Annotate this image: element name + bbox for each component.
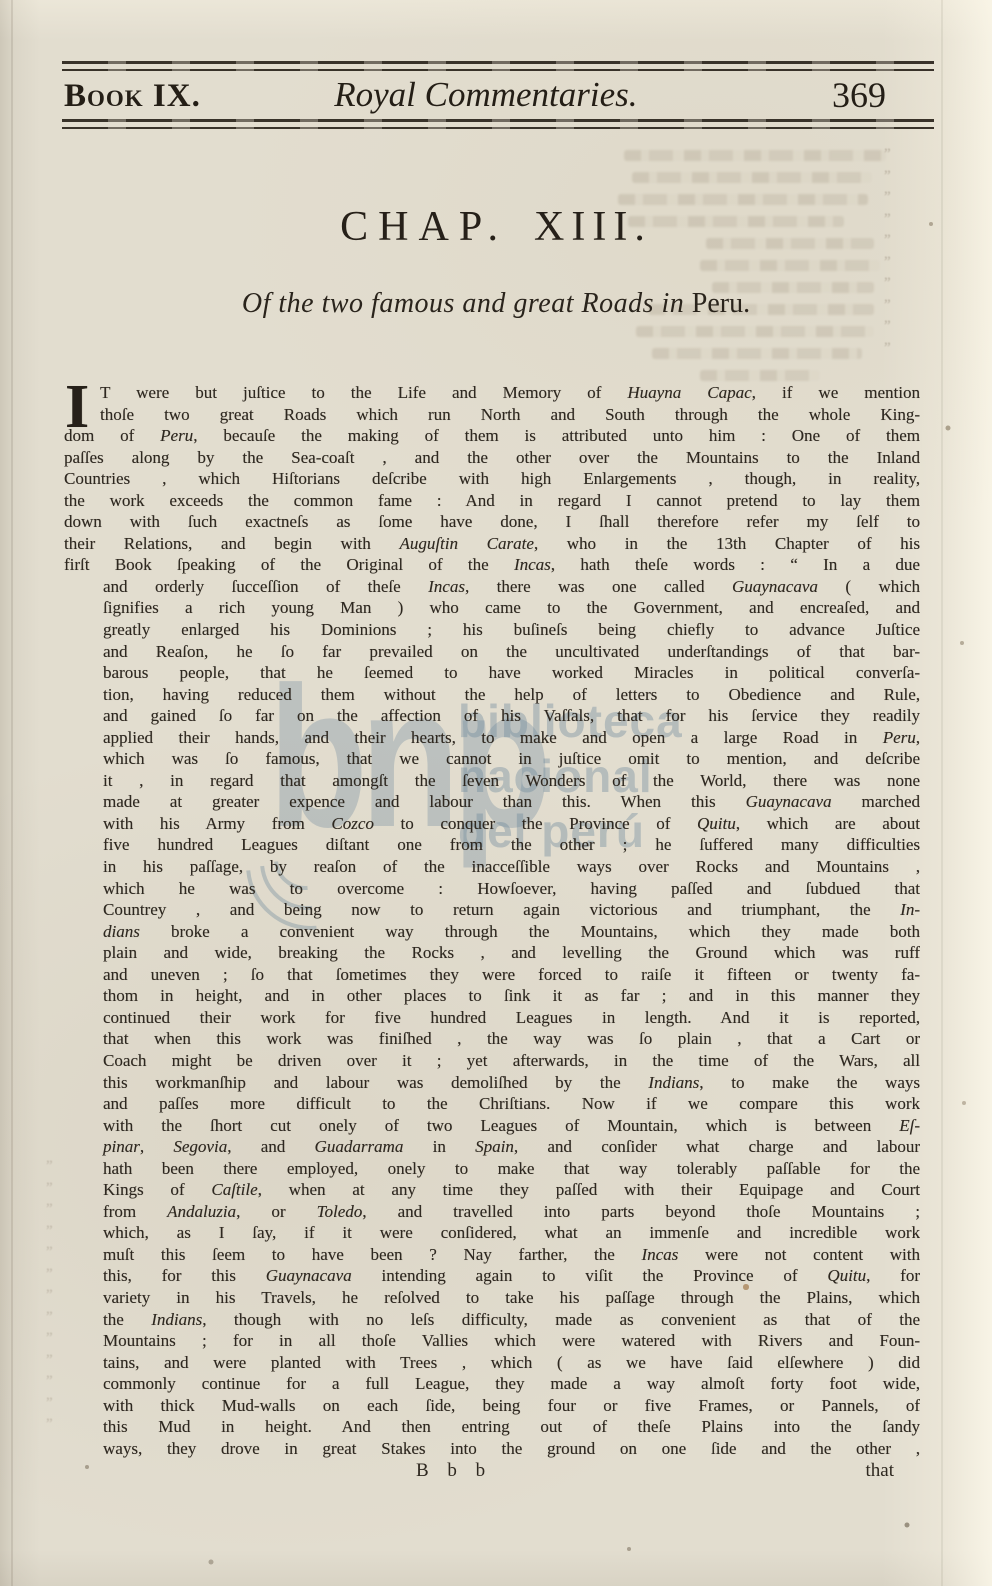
text-line: “tains, and were planted with Trees , wh… (64, 1352, 920, 1374)
text-line: “commonly continue for a full League, th… (64, 1373, 920, 1395)
text-line: T were but juſtice to the Life and Memor… (64, 382, 920, 404)
text-line: “this, for this Guaynacava intending aga… (64, 1265, 920, 1287)
chapter-heading: CHAP.XIII. (0, 203, 992, 251)
chapter-number: XIII. (534, 204, 652, 250)
running-header: Book IX. Royal Commentaries. 369 (62, 74, 934, 116)
page-edge-right (941, 0, 943, 1586)
page-number: 369 (832, 74, 886, 116)
text-line: “barous people, that he ſeemed to have w… (64, 662, 920, 684)
text-line: “five hundred Leagues diſtant one from t… (64, 834, 920, 856)
text-line: “and gained ſo far on the affection of h… (64, 705, 920, 727)
text-line: “from Andaluzia, or Toledo, and travelle… (64, 1201, 920, 1223)
text-line: their Relations, and begin with Auguſtin… (64, 533, 920, 555)
book-label: Book IX. (64, 78, 201, 115)
text-line: “Coach might be driven over it ; yet aft… (64, 1050, 920, 1072)
header-rule-bottom-1 (62, 119, 934, 122)
text-line: “which, as I ſay, if it were conſidered,… (64, 1222, 920, 1244)
catchword: that (866, 1460, 895, 1482)
text-line: “with the ſhort cut onely of two Leagues… (64, 1115, 920, 1137)
text-line: “ſignifies a rich young Man ) who came t… (64, 597, 920, 619)
text-line: “applied their hands, and their hearts, … (64, 727, 920, 749)
text-line: “ways, they drove in great Stakes into t… (64, 1438, 920, 1460)
text-line: “Countrey , and being now to return agai… (64, 899, 920, 921)
text-line: “and orderly ſucceſſion of theſe Incas, … (64, 576, 920, 598)
text-line: “pinar, Segovia, and Guadarrama in Spain… (64, 1136, 920, 1158)
book-page-scan: Book IX. Royal Commentaries. 369 ”””””””… (0, 0, 992, 1586)
text-line: “the Indians, though with no leſs diffic… (64, 1309, 920, 1331)
header-rule-top-1 (62, 61, 934, 64)
text-line: “made at greater expence and labour than… (64, 791, 920, 813)
text-line: “which he was to overcome : Howſoever, h… (64, 878, 920, 900)
signature-mark: B b b (416, 1460, 492, 1482)
text-line: firſt Book ſpeaking of the Original of t… (64, 554, 920, 576)
text-line: the work exceeds the common fame : And i… (64, 490, 920, 512)
chapter-word: CHAP. (340, 204, 508, 250)
running-title: Royal Commentaries. (334, 75, 637, 115)
ink-specks (0, 0, 2, 2)
text-line: “continued their work for five hundred L… (64, 1007, 920, 1029)
header-rule-top-2 (62, 69, 934, 71)
text-lines: T were but juſtice to the Life and Memor… (64, 382, 920, 1459)
text-line: “and uneven ; ſo that ſometimes they wer… (64, 964, 920, 986)
text-line: “in his paſſage, by reaſon of the inacce… (64, 856, 920, 878)
text-line: “plain and wide, breaking the Rocks , an… (64, 942, 920, 964)
subtitle-roman: Peru. (692, 288, 750, 319)
subtitle-italic: Of the two famous and great Roads in (242, 288, 692, 319)
text-line: “this workmanſhip and labour was demoliſ… (64, 1072, 920, 1094)
header-rule-bottom-2 (62, 127, 934, 129)
text-line: “that when this work was finiſhed , the … (64, 1028, 920, 1050)
footer-line: B b b that (64, 1460, 920, 1486)
bleed-quote-column-right: ”””””””””” (884, 146, 891, 361)
text-line: thoſe two great Roads which run North an… (64, 404, 920, 426)
text-line: “Mountains ; for in all thoſe Vallies wh… (64, 1330, 920, 1352)
text-line: dom of Peru, becauſe the making of them … (64, 425, 920, 447)
chapter-subtitle: Of the two famous and great Roads in Per… (0, 288, 992, 320)
text-line: “hath been there employed, onely to make… (64, 1158, 920, 1180)
text-line: “it , in regard that amongſt the ſeven W… (64, 770, 920, 792)
text-line: “with thick Mud-walls on each ſide, bein… (64, 1395, 920, 1417)
text-line: “tion, having reduced them without the h… (64, 684, 920, 706)
text-line: “and paſſes more difficult to the Chriſt… (64, 1093, 920, 1115)
text-line: “dians broke a convenient way through th… (64, 921, 920, 943)
body-text: I T were but juſtice to the Life and Mem… (64, 382, 920, 1459)
text-line: “Kings of Caſtile, when at any time they… (64, 1179, 920, 1201)
text-line: down with ſuch exactneſs as ſome have do… (64, 511, 920, 533)
text-line: “muſt this ſeem to have been ? Nay farth… (64, 1244, 920, 1266)
bleed-quote-column-left: „„„„„„„„„„„„„ (46, 1150, 53, 1430)
text-line: paſſes along by the Sea-coaſt , and the … (64, 447, 920, 469)
page-edge-left (11, 0, 13, 1586)
text-line: “this Mud in height. And then entring ou… (64, 1416, 920, 1438)
text-line: “which was ſo famous, that we cannot in … (64, 748, 920, 770)
text-line: Countries , which Hiſtorians deſcribe wi… (64, 468, 920, 490)
text-line: “variety in his Travels, he reſolved to … (64, 1287, 920, 1309)
text-line: “thom in height, and in other places to … (64, 985, 920, 1007)
text-line: “and Reaſon, he ſo far prevailed on the … (64, 641, 920, 663)
text-line: “with his Army from Cozco to conquer the… (64, 813, 920, 835)
text-line: “greatly enlarged his Dominions ; his bu… (64, 619, 920, 641)
